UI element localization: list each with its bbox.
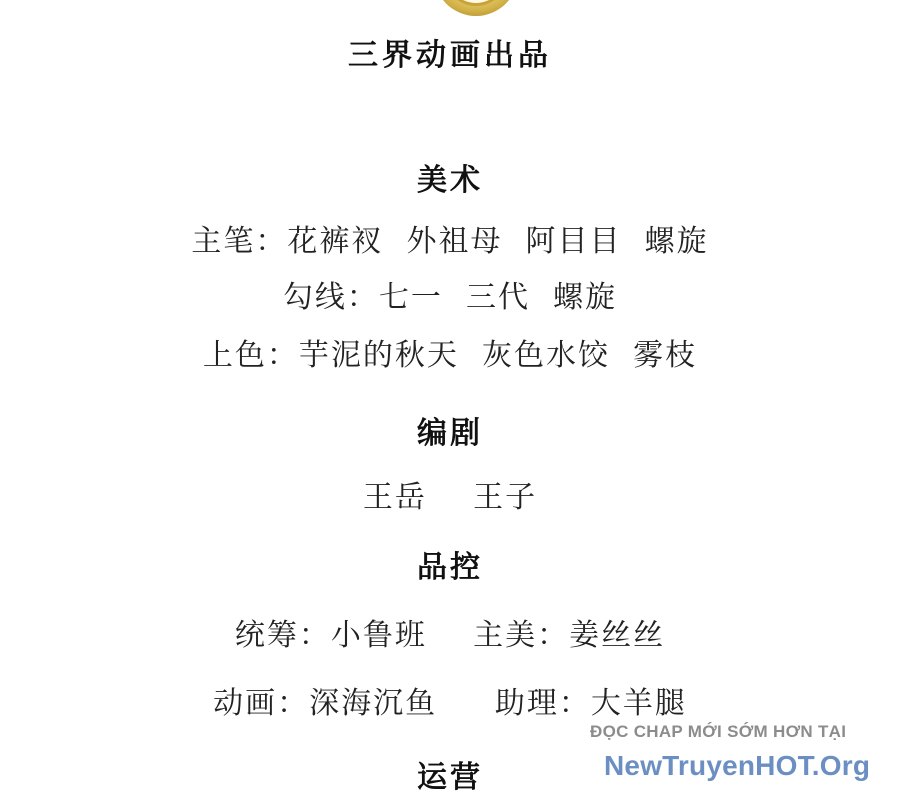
credit-line-animation: 动画：深海沉鱼 助理：大羊腿 (0, 678, 900, 722)
credit-line-lineart: 勾线：七一 三代 螺旋 (0, 272, 900, 316)
watermark-site-link[interactable]: NewTruyenHOT.Org (604, 750, 870, 782)
credit-line-coloring: 上色：芋泥的秋天 灰色水饺 雾枝 (0, 330, 900, 374)
credit-line-writers: 王岳 王子 (0, 472, 900, 516)
section-heading-script: 编剧 (0, 408, 900, 452)
studio-credit: 三界动画出品 (0, 30, 900, 74)
section-heading-art: 美术 (0, 155, 900, 199)
watermark-tagline: ĐỌC CHAP MỚI SỚM HƠN TẠI (590, 722, 846, 742)
logo-emblem-icon (444, 0, 508, 6)
credit-line-coordination: 统筹：小鲁班 主美：姜丝丝 (0, 610, 900, 654)
studio-logo (434, 0, 518, 16)
section-heading-quality-control: 品控 (0, 542, 900, 586)
credit-line-lead-artist: 主笔：花裤衩 外祖母 阿目目 螺旋 (0, 216, 900, 260)
